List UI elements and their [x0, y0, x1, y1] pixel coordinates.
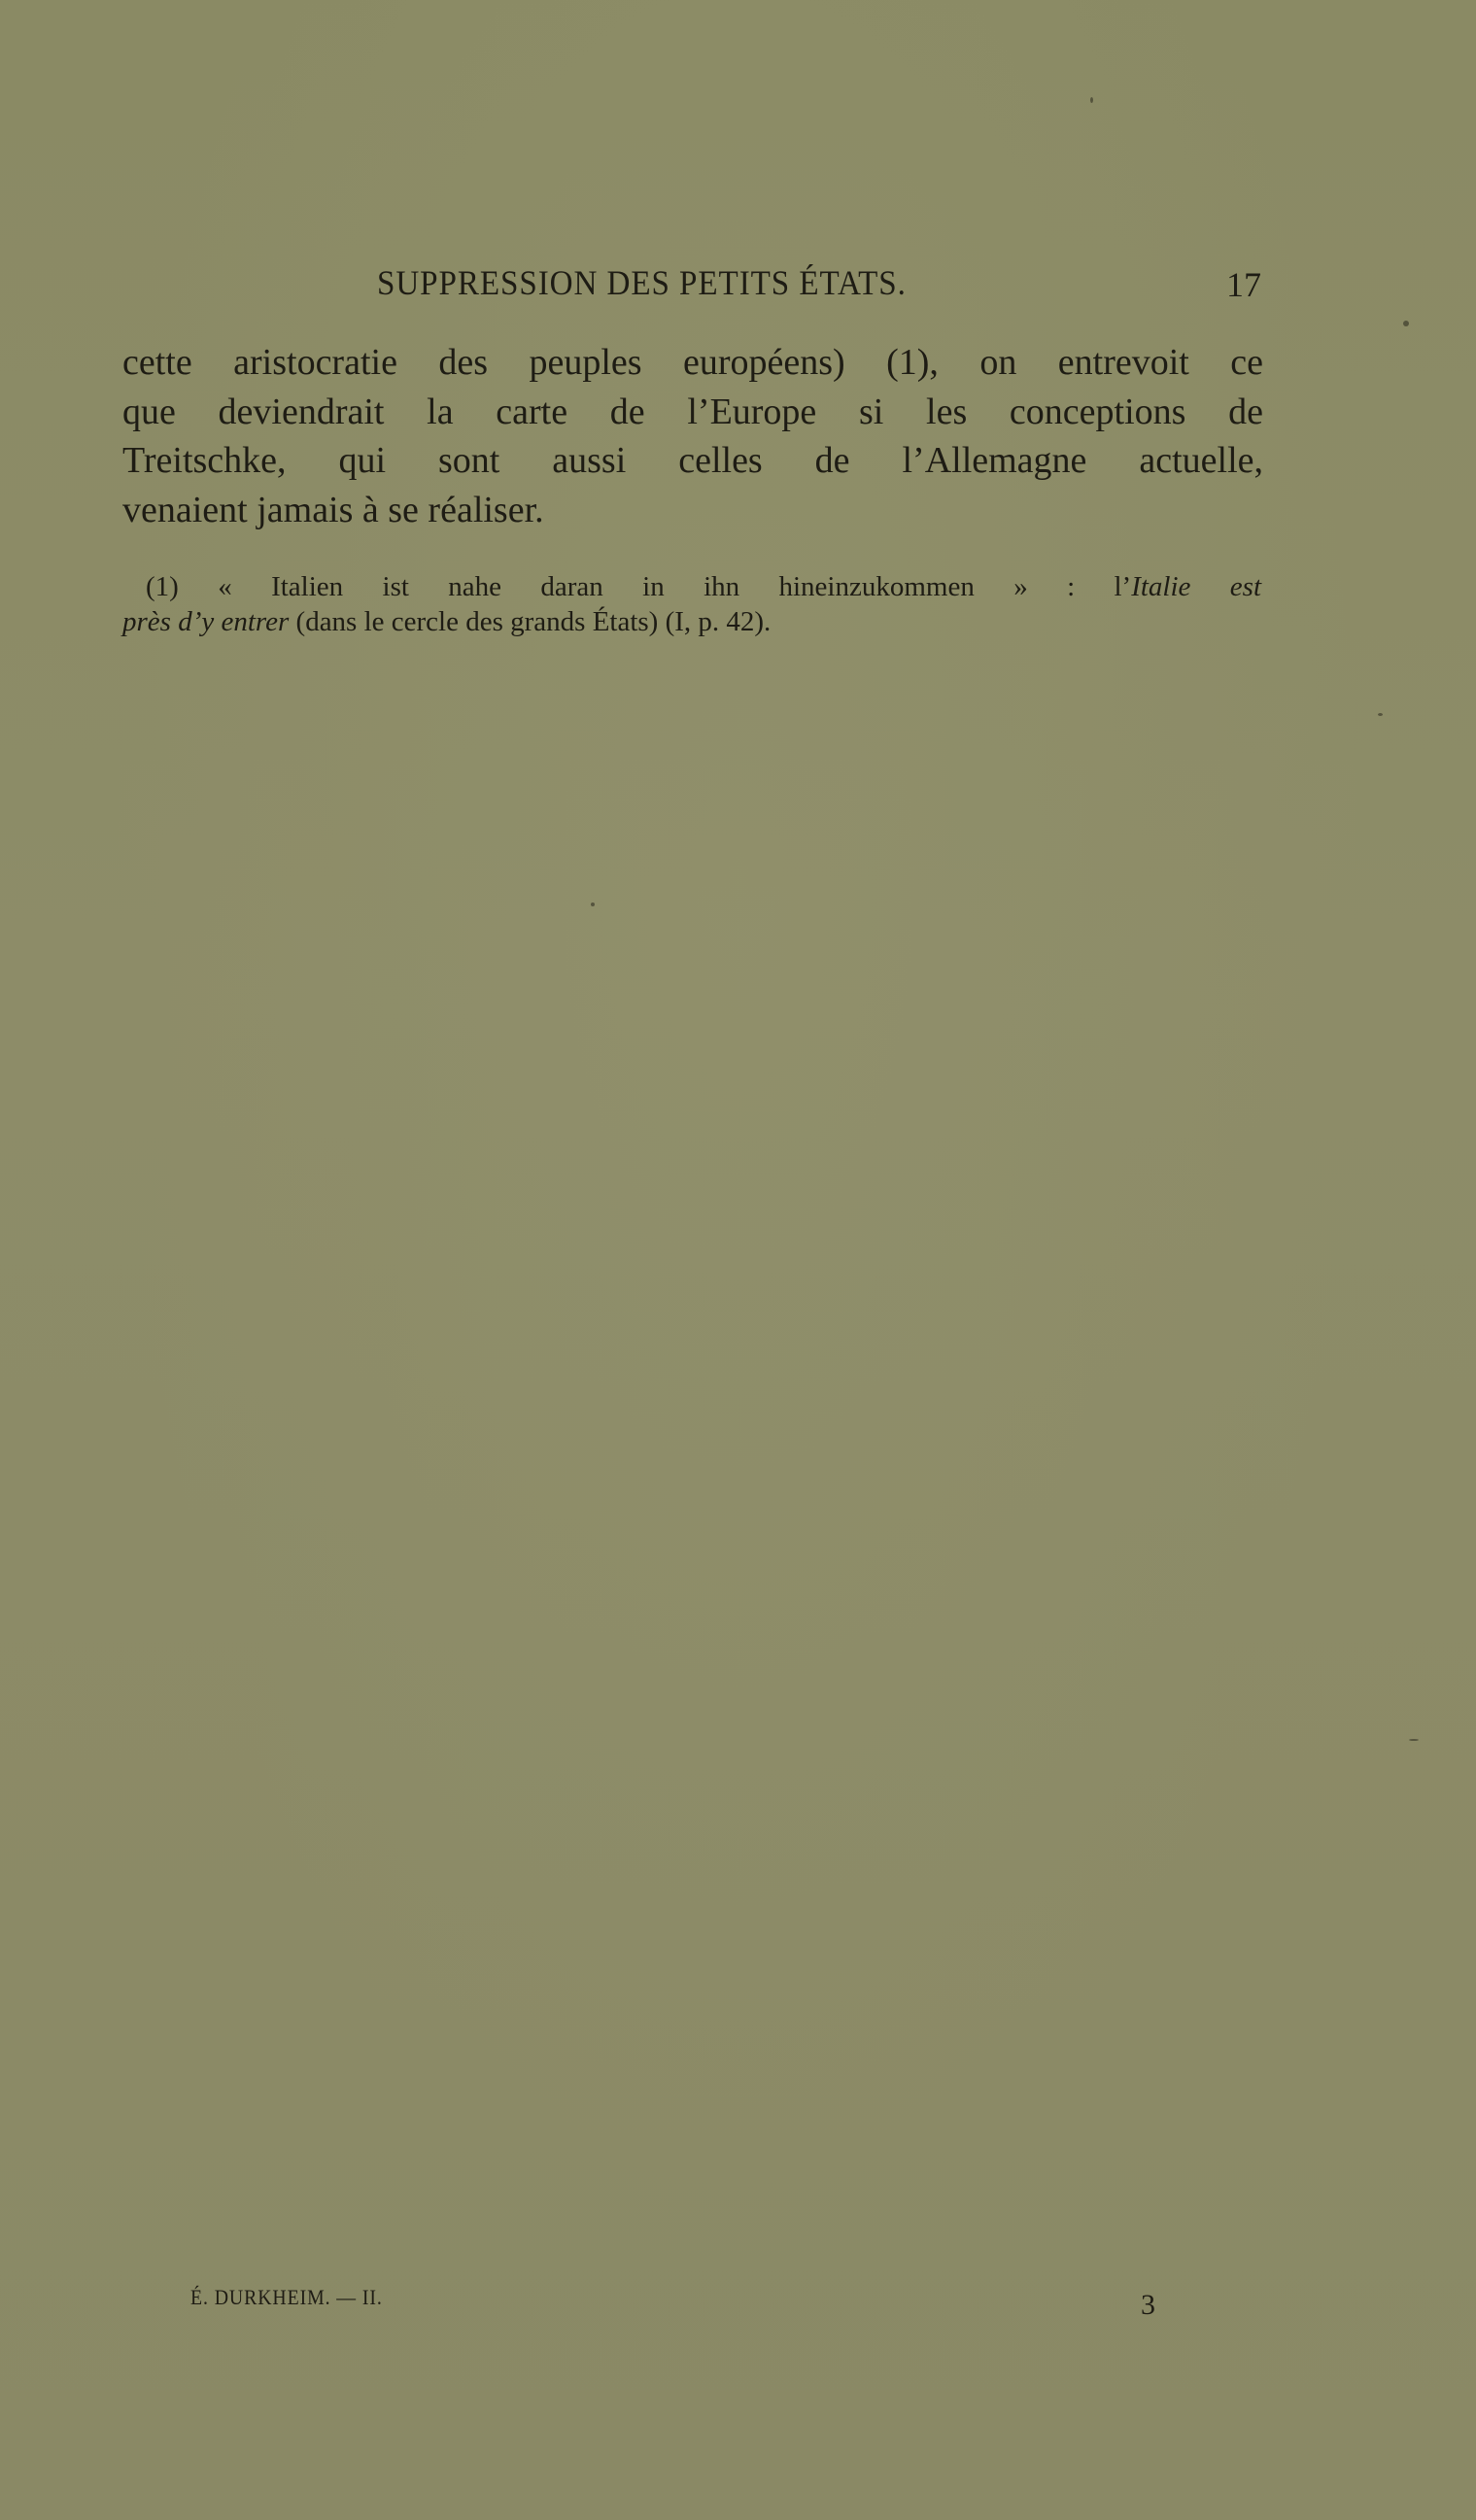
footnote: (1) « Italien ist nahe daran in ihn hine…: [122, 569, 1261, 639]
scanned-page: SUPPRESSION DES PETITS ÉTATS. 17 cette a…: [0, 0, 1476, 2520]
footnote-text: (dans le cercle des grands États) (I, p.…: [289, 606, 771, 637]
sheet-signature-mark: 3: [1141, 2289, 1155, 2322]
paper-speck: [1409, 1739, 1419, 1741]
footnote-italic: Italie est: [1131, 571, 1261, 602]
footnote-italic: près d’y entrer: [122, 606, 289, 637]
paper-speck: [1378, 713, 1383, 716]
paper-speck: [1090, 97, 1093, 103]
footnote-quote: « Italien ist nahe daran in ihn hineinzu…: [218, 571, 1131, 602]
footnote-marker: (1): [146, 571, 179, 602]
running-head: SUPPRESSION DES PETITS ÉTATS. 17: [122, 262, 1261, 305]
body-line: cette aristocratie des peuples européens…: [122, 338, 1263, 388]
paper-speck: [1403, 321, 1409, 326]
printer-signature: É. DURKHEIM. — II.: [190, 2285, 383, 2310]
body-line: que deviendrait la carte de l’Europe si …: [122, 388, 1263, 437]
body-line: Treitschke, qui sont aussi celles de l’A…: [122, 436, 1263, 486]
paper-speck: [591, 902, 595, 906]
running-title: SUPPRESSION DES PETITS ÉTATS.: [377, 262, 907, 303]
body-paragraph: cette aristocratie des peuples européens…: [122, 338, 1263, 534]
page-number: 17: [1226, 264, 1261, 305]
footnote-line: (1) « Italien ist nahe daran in ihn hine…: [122, 569, 1261, 604]
footnote-line: près d’y entrer (dans le cercle des gran…: [122, 604, 1261, 639]
body-line: venaient jamais à se réaliser.: [122, 486, 1263, 535]
